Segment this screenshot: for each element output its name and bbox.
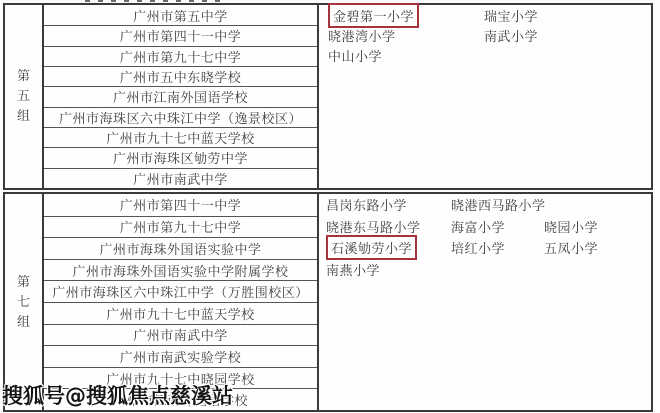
middle-school-row: 广州市南武实验学校 xyxy=(44,345,317,367)
group-label-char: 第 xyxy=(17,70,30,83)
primary-school-slot: 南武小学 xyxy=(484,26,651,45)
group-table: 第七组广州市第四十一中学广州市第九十七中学广州市海珠外国语实验中学广州市海珠外国… xyxy=(3,192,653,412)
middle-school-row: 广州市九十七中蓝天学校 xyxy=(44,127,317,147)
group-label: 第五组 xyxy=(5,5,44,188)
group-table: 第五组广州市第五中学广州市第四十一中学广州市第九十七中学广州市五中东晓学校广州市… xyxy=(3,3,653,190)
primary-school-slot: 石溪劬劳小学 xyxy=(326,235,451,260)
middle-school-name: 广州市江南外国语学校 xyxy=(113,87,248,106)
primary-school-slot: 中山小学 xyxy=(328,46,651,65)
primary-school-row: 南燕小学 xyxy=(319,259,651,281)
group-label: 第七组 xyxy=(5,194,44,410)
primary-school-slot: 五凤小学 xyxy=(544,238,651,257)
primary-school-slot: 南燕小学 xyxy=(326,260,651,279)
primary-school-slot: 金碧第一小学 xyxy=(328,3,484,28)
group-label-char: 组 xyxy=(17,316,30,329)
middle-school-row: 广州市南武中学 xyxy=(44,324,317,346)
middle-school-row: 广州市第九十七中学 xyxy=(44,46,317,66)
primary-school-name: 昌岗东路小学 xyxy=(326,195,407,214)
middle-school-name: 广州市第九十七中学 xyxy=(120,47,242,66)
middle-school-row: 广州市第四十一中学 xyxy=(44,25,317,45)
primary-school-row: 金碧第一小学瑞宝小学 xyxy=(319,5,651,25)
middle-school-name: 广州市海珠外国语实验中学附属学校 xyxy=(72,261,288,280)
middle-school-name: 广州市海珠区六中珠江中学（万胜围校区） xyxy=(52,282,309,301)
middle-school-row: 广州市江南外国语学校 xyxy=(44,86,317,106)
middle-school-row: 广州市海珠外国语实验中学附属学校 xyxy=(44,259,317,281)
primary-school-name: 晓港西马路小学 xyxy=(451,195,546,214)
middle-school-cell: 广州市第四十一中学广州市第九十七中学广州市海珠外国语实验中学广州市海珠外国语实验… xyxy=(44,194,317,410)
middle-school-name: 广州市第五中学 xyxy=(133,6,228,25)
middle-school-name: 广州市九十七中蓝天学校 xyxy=(106,304,255,323)
middle-school-row: 广州市第九十七中学 xyxy=(44,216,317,238)
watermark: 搜狐号@搜狐焦点慈溪站 xyxy=(2,380,233,410)
middle-school-row: 广州市九十七中蓝天学校 xyxy=(44,302,317,324)
partial-row-text-fragment xyxy=(85,0,221,2)
middle-school-name: 广州市第四十一中学 xyxy=(120,26,242,45)
middle-school-row: 广州市海珠外国语实验中学 xyxy=(44,237,317,259)
middle-school-row: 广州市海珠区六中珠江中学（逸景校区） xyxy=(44,107,317,127)
middle-school-name: 广州市海珠外国语实验中学 xyxy=(99,239,261,258)
primary-school-row: 昌岗东路小学晓港西马路小学 xyxy=(319,194,651,216)
primary-school-slot: 晓港湾小学 xyxy=(328,26,484,45)
group-label-char: 第 xyxy=(17,276,30,289)
primary-school-name: 培红小学 xyxy=(451,238,505,257)
primary-school-name-highlight-box: 金碧第一小学 xyxy=(328,3,419,28)
primary-school-slot: 晓园小学 xyxy=(544,217,651,236)
primary-school-slot: 培红小学 xyxy=(451,238,544,257)
middle-school-row: 广州市海珠区劬劳中学 xyxy=(44,147,317,167)
primary-school-row: 中山小学 xyxy=(319,46,651,66)
middle-school-name: 广州市南武中学 xyxy=(133,169,228,188)
primary-school-name: 晓港湾小学 xyxy=(328,26,396,45)
primary-school-name: 海富小学 xyxy=(451,217,505,236)
primary-schools-cell: 昌岗东路小学晓港西马路小学晓港东马路小学海富小学晓园小学石溪劬劳小学培红小学五凤… xyxy=(317,194,651,410)
primary-school-name: 晓园小学 xyxy=(544,217,598,236)
middle-school-row: 广州市第四十一中学 xyxy=(44,194,317,216)
primary-school-name: 中山小学 xyxy=(328,46,382,65)
middle-school-name: 广州市海珠区六中珠江中学（逸景校区） xyxy=(59,108,302,127)
middle-school-name: 广州市五中东晓学校 xyxy=(120,67,242,86)
primary-schools-cell: 金碧第一小学瑞宝小学晓港湾小学南武小学中山小学 xyxy=(317,5,651,188)
middle-school-name: 广州市海珠区劬劳中学 xyxy=(113,148,248,167)
middle-school-name: 广州市南武中学 xyxy=(133,325,228,344)
middle-school-name: 广州市九十七中蓝天学校 xyxy=(106,128,255,147)
group-label-char: 组 xyxy=(17,110,30,123)
primary-school-name: 南燕小学 xyxy=(326,260,380,279)
primary-school-row: 石溪劬劳小学培红小学五凤小学 xyxy=(319,237,651,259)
primary-school-row: 晓港东马路小学海富小学晓园小学 xyxy=(319,216,651,238)
middle-school-row: 广州市海珠区六中珠江中学（万胜围校区） xyxy=(44,280,317,302)
primary-school-name: 晓港东马路小学 xyxy=(326,217,421,236)
primary-school-name: 南武小学 xyxy=(484,26,538,45)
primary-school-row: 晓港湾小学南武小学 xyxy=(319,25,651,45)
group-label-char: 七 xyxy=(17,296,30,309)
primary-school-slot: 昌岗东路小学 xyxy=(326,195,451,214)
primary-school-slot: 晓港西马路小学 xyxy=(451,195,651,214)
primary-school-slot: 晓港东马路小学 xyxy=(326,217,451,236)
primary-school-slot: 海富小学 xyxy=(451,217,544,236)
primary-school-slot: 瑞宝小学 xyxy=(484,6,651,25)
group-label-char: 五 xyxy=(17,90,30,103)
middle-school-name: 广州市南武实验学校 xyxy=(120,347,242,366)
middle-school-row: 广州市第五中学 xyxy=(44,5,317,25)
primary-school-name-highlight-box: 石溪劬劳小学 xyxy=(326,235,417,260)
primary-school-name: 瑞宝小学 xyxy=(484,6,538,25)
middle-school-row: 广州市南武中学 xyxy=(44,168,317,188)
primary-school-name: 五凤小学 xyxy=(544,238,598,257)
middle-school-name: 广州市第四十一中学 xyxy=(120,195,242,214)
middle-school-cell: 广州市第五中学广州市第四十一中学广州市第九十七中学广州市五中东晓学校广州市江南外… xyxy=(44,5,317,188)
middle-school-row: 广州市五中东晓学校 xyxy=(44,66,317,86)
middle-school-name: 广州市第九十七中学 xyxy=(120,217,242,236)
